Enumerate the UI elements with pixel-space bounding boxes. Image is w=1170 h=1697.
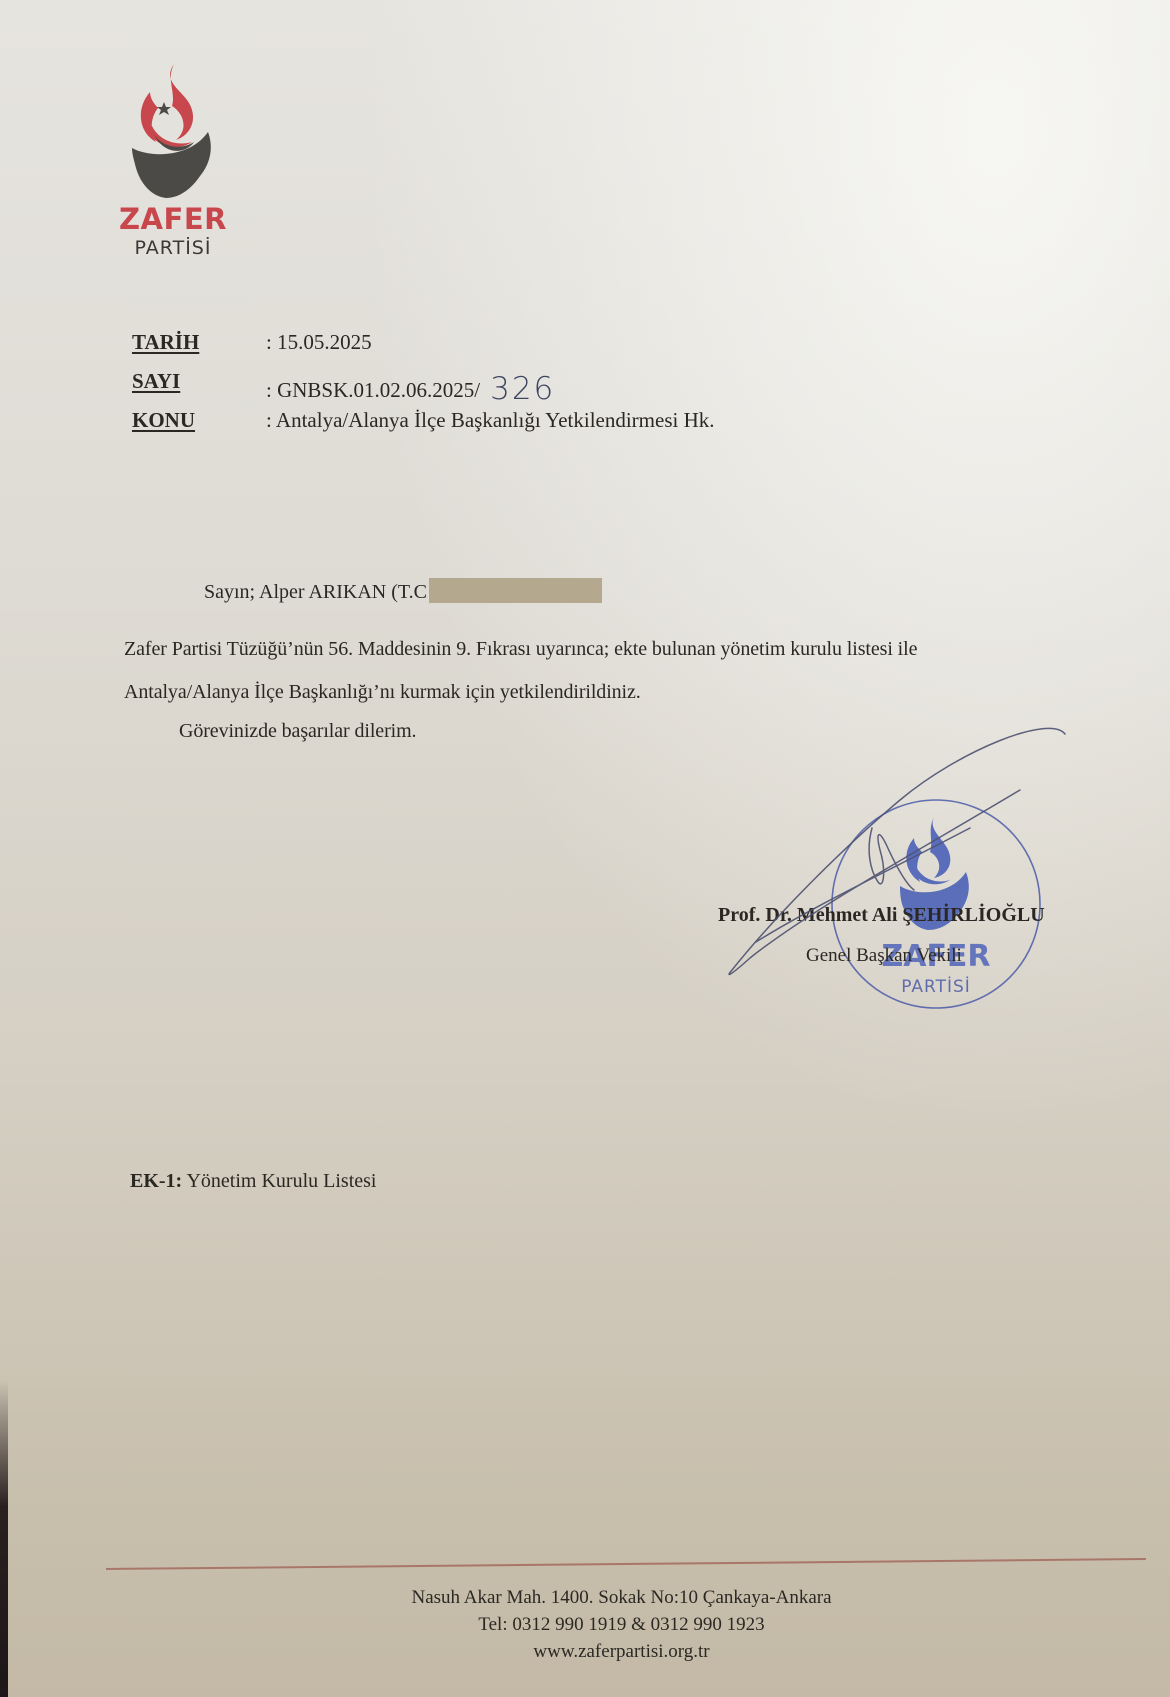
handwritten-reference-number: 326: [490, 371, 555, 407]
footer-website: www.zaferpartisi.org.tr: [0, 1638, 1170, 1665]
letter-page: ZAFER PARTİSİ TARİH : 15.05.2025 SAYI : …: [0, 0, 1170, 1697]
party-logo: ZAFER PARTİSİ: [118, 62, 228, 262]
date-label: TARİH: [132, 330, 199, 355]
closing-line: Görevinizde başarılar dilerim.: [179, 720, 416, 743]
handwritten-signature-icon: [720, 720, 1070, 980]
logo-subtitle: PARTİSİ: [118, 237, 228, 259]
signatory-name: Prof. Dr. Mehmet Ali ŞEHİRLİOĞLU: [718, 904, 1045, 927]
date-value: : 15.05.2025: [266, 330, 372, 355]
body-line-2: Antalya/Alanya İlçe Başkanlığı’nı kurmak…: [124, 681, 641, 704]
subject-value: : Antalya/Alanya İlçe Başkanlığı Yetkile…: [266, 408, 715, 433]
attachment-text: Yönetim Kurulu Listesi: [186, 1170, 376, 1192]
body-line-1: Zafer Partisi Tüzüğü’nün 56. Maddesinin …: [124, 638, 917, 661]
subject-label: KONU: [132, 408, 195, 433]
footer-address: Nasuh Akar Mah. 1400. Sokak No:10 Çankay…: [0, 1584, 1170, 1611]
attachment-label: EK-1:: [130, 1170, 182, 1192]
stamp-subtitle: PARTİSİ: [901, 976, 971, 997]
reference-number-label: SAYI: [132, 369, 180, 394]
salutation-text: Sayın; Alper ARIKAN (T.C: [204, 581, 427, 603]
flame-crescent-star-hand-logo-icon: [130, 62, 216, 202]
attachment-line: EK-1: Yönetim Kurulu Listesi: [130, 1170, 376, 1193]
redacted-id-block: [429, 578, 602, 603]
footer-phone: Tel: 0312 990 1919 & 0312 990 1923: [0, 1611, 1170, 1638]
signatory-title: Genel Başkan Vekili: [806, 945, 962, 967]
footer-divider: [106, 1558, 1146, 1570]
reference-number-value: : GNBSK.01.02.06.2025/: [266, 378, 480, 402]
salutation: Sayın; Alper ARIKAN (T.C: [204, 578, 602, 604]
logo-wordmark: ZAFER: [118, 202, 228, 236]
letterhead-footer: Nasuh Akar Mah. 1400. Sokak No:10 Çankay…: [0, 1584, 1170, 1665]
reference-number-value-wrap: : GNBSK.01.02.06.2025/326: [266, 369, 555, 405]
